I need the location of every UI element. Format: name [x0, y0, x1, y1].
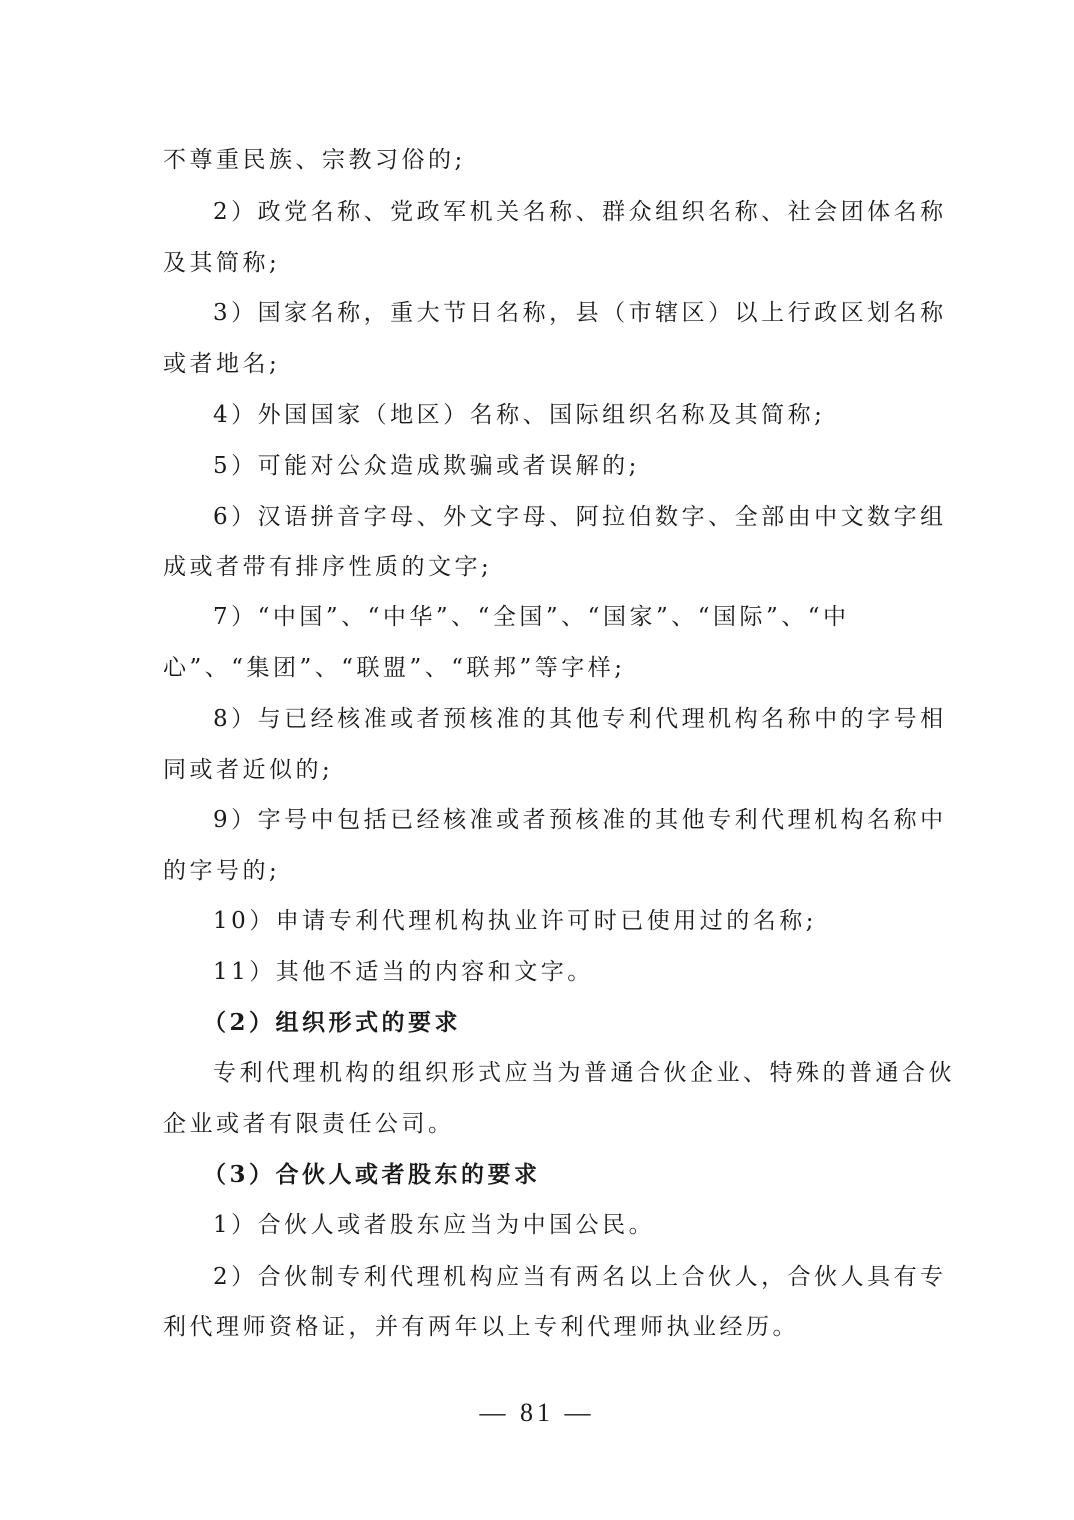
list-item: 8）与已经核准或者预核准的其他专利代理机构名称中的字号相: [213, 704, 947, 734]
page-number: — 81 —: [0, 1398, 1074, 1428]
list-item: 11）其他不适当的内容和文字。: [213, 957, 594, 987]
list-item: 9）字号中包括已经核准或者预核准的其他专利代理机构名称中: [213, 805, 947, 835]
list-item: 2）政党名称、党政军机关名称、群众组织名称、社会团体名称: [213, 197, 947, 227]
section-heading: （3）合伙人或者股东的要求: [203, 1160, 541, 1190]
paragraph-line: 专利代理机构的组织形式应当为普通合伙企业、特殊的普通合伙: [213, 1058, 955, 1088]
list-item: 2）合伙制专利代理机构应当有两名以上合伙人，合伙人具有专: [213, 1262, 947, 1292]
text-line: 心”、“集团”、“联盟”、“联邦”等字样;: [163, 653, 626, 683]
text-line: 的字号的;: [163, 856, 280, 886]
text-line: 及其简称;: [163, 248, 280, 278]
list-item: 1）合伙人或者股东应当为中国公民。: [213, 1210, 655, 1240]
list-item: 6）汉语拼音字母、外文字母、阿拉伯数字、全部由中文数字组: [213, 502, 947, 532]
list-item: 5）可能对公众造成欺骗或者误解的;: [213, 451, 640, 481]
list-item: 7）“中国”、“中华”、“全国”、“国家”、“国际”、“中: [213, 602, 849, 632]
text-line: 成或者带有排序性质的文字;: [163, 552, 492, 582]
list-item: 3）国家名称，重大节日名称，县（市辖区）以上行政区划名称: [213, 298, 947, 328]
text-line: 利代理师资格证，并有两年以上专利代理师执业经历。: [163, 1312, 799, 1342]
list-item: 10）申请专利代理机构执业许可时已使用过的名称;: [213, 906, 817, 936]
list-item: 4）外国国家（地区）名称、国际组织名称及其简称;: [213, 400, 825, 430]
section-heading: （2）组织形式的要求: [203, 1008, 461, 1038]
paragraph-line: 企业或者有限责任公司。: [163, 1109, 455, 1139]
text-line: 或者地名;: [163, 349, 280, 379]
text-line: 同或者近似的;: [163, 755, 333, 785]
text-line: 不尊重民族、宗教习俗的;: [163, 145, 466, 175]
